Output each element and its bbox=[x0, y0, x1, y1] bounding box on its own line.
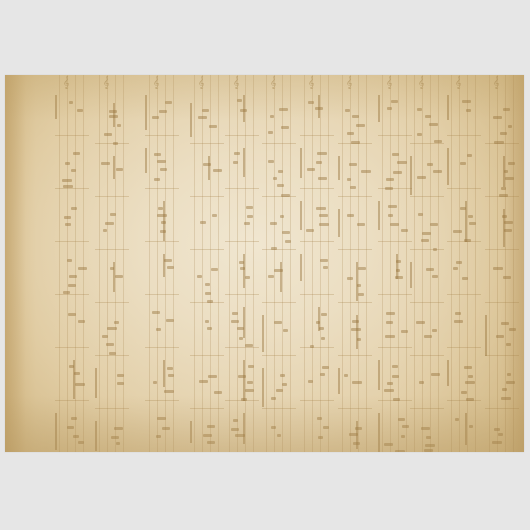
note-cluster bbox=[422, 232, 430, 235]
measure-line bbox=[378, 241, 412, 242]
measure-line bbox=[145, 241, 179, 242]
staff-guide-line bbox=[290, 75, 291, 452]
note-cluster bbox=[347, 132, 354, 135]
note-cluster bbox=[75, 383, 85, 386]
measure-line bbox=[338, 355, 372, 356]
note-cluster bbox=[384, 389, 393, 392]
note-cluster bbox=[111, 436, 119, 439]
note-cluster bbox=[358, 267, 365, 270]
treble-clef-icon: 𝄞 bbox=[153, 77, 160, 88]
note-cluster bbox=[392, 365, 397, 368]
staff-guide-line bbox=[320, 75, 321, 452]
note-cluster bbox=[317, 417, 322, 420]
note-cluster bbox=[161, 221, 166, 224]
note-cluster bbox=[509, 328, 517, 331]
measure-line bbox=[300, 294, 334, 295]
note-cluster bbox=[393, 398, 400, 401]
note-cluster bbox=[357, 338, 361, 341]
note-cluster bbox=[205, 320, 209, 323]
staff-guide-line bbox=[475, 75, 476, 452]
system-brace bbox=[243, 360, 245, 401]
note-cluster bbox=[239, 261, 244, 264]
note-cluster bbox=[433, 248, 438, 251]
note-cluster bbox=[241, 398, 247, 401]
note-cluster bbox=[69, 101, 73, 104]
system-brace bbox=[95, 368, 97, 398]
note-cluster bbox=[113, 142, 118, 145]
measure-line bbox=[95, 302, 129, 303]
note-cluster bbox=[63, 185, 73, 188]
note-cluster bbox=[245, 344, 253, 347]
note-cluster bbox=[323, 426, 329, 429]
note-cluster bbox=[203, 163, 212, 166]
measure-line bbox=[300, 188, 334, 189]
system-brace bbox=[113, 156, 115, 179]
note-cluster bbox=[246, 206, 253, 209]
note-cluster bbox=[493, 116, 502, 119]
staff-guide-line bbox=[165, 75, 166, 452]
measure-line bbox=[338, 408, 372, 409]
note-cluster bbox=[237, 327, 244, 330]
measure-line bbox=[190, 249, 224, 250]
note-cluster bbox=[271, 247, 277, 250]
note-cluster bbox=[321, 313, 328, 316]
note-cluster bbox=[109, 352, 116, 355]
staff-guide-line bbox=[451, 75, 452, 452]
note-cluster bbox=[240, 109, 247, 112]
staff-guide-line bbox=[414, 75, 415, 452]
note-cluster bbox=[78, 441, 84, 444]
staff-guide-line bbox=[218, 75, 219, 452]
note-cluster bbox=[156, 328, 161, 331]
note-cluster bbox=[506, 381, 515, 384]
system-brace bbox=[378, 360, 380, 390]
measure-line bbox=[225, 347, 259, 348]
measure-line bbox=[410, 249, 444, 250]
note-cluster bbox=[421, 239, 429, 242]
music-column: 𝄞 bbox=[55, 75, 89, 452]
note-cluster bbox=[270, 115, 274, 118]
music-column: 𝄞 bbox=[447, 75, 481, 452]
music-column: 𝄞 bbox=[300, 75, 334, 452]
note-cluster bbox=[162, 427, 170, 430]
staff-guide-line bbox=[304, 75, 305, 452]
note-cluster bbox=[385, 335, 395, 338]
note-cluster bbox=[454, 320, 463, 323]
measure-line bbox=[338, 196, 372, 197]
note-cluster bbox=[424, 335, 432, 338]
note-cluster bbox=[308, 101, 314, 104]
music-column: 𝄞 bbox=[262, 75, 296, 452]
note-cluster bbox=[234, 152, 240, 155]
note-cluster bbox=[104, 133, 112, 136]
note-cluster bbox=[107, 327, 116, 330]
note-cluster bbox=[277, 434, 282, 437]
note-cluster bbox=[316, 161, 323, 164]
note-cluster bbox=[320, 373, 326, 376]
note-cluster bbox=[456, 261, 462, 264]
staff-guide-line bbox=[312, 75, 313, 452]
system-brace bbox=[163, 360, 165, 387]
system-brace bbox=[208, 156, 210, 180]
treble-clef-icon: 𝄞 bbox=[198, 77, 205, 88]
note-cluster bbox=[214, 391, 223, 394]
system-brace bbox=[262, 368, 264, 407]
note-cluster bbox=[280, 374, 284, 377]
note-cluster bbox=[388, 214, 393, 217]
staff-guide-line bbox=[282, 75, 283, 452]
note-cluster bbox=[116, 442, 120, 445]
system-brace bbox=[485, 315, 487, 356]
system-brace bbox=[410, 156, 412, 195]
note-cluster bbox=[462, 277, 468, 280]
note-cluster bbox=[208, 375, 217, 378]
sheet-music-paper: 𝄞𝄞𝄞𝄞𝄞𝄞𝄞𝄞𝄞𝄞𝄞𝄞 bbox=[5, 75, 524, 452]
measure-line bbox=[145, 188, 179, 189]
treble-clef-icon: 𝄞 bbox=[418, 77, 425, 88]
measure-line bbox=[190, 408, 224, 409]
system-brace bbox=[300, 148, 302, 178]
system-brace bbox=[190, 103, 192, 137]
note-cluster bbox=[240, 267, 245, 270]
system-brace bbox=[243, 254, 245, 288]
note-cluster bbox=[388, 205, 397, 208]
note-cluster bbox=[355, 427, 362, 430]
staff-guide-line bbox=[253, 75, 254, 452]
note-cluster bbox=[157, 160, 167, 163]
system-brace bbox=[262, 315, 264, 352]
staff-guide-line bbox=[210, 75, 211, 452]
staff-guide-line bbox=[342, 75, 343, 452]
note-cluster bbox=[315, 107, 323, 110]
treble-clef-icon: 𝄞 bbox=[386, 77, 393, 88]
note-cluster bbox=[203, 434, 213, 437]
note-cluster bbox=[167, 367, 173, 370]
note-cluster bbox=[248, 365, 254, 368]
music-column: 𝄞 bbox=[225, 75, 259, 452]
note-cluster bbox=[117, 374, 124, 377]
staff-guide-line bbox=[390, 75, 391, 452]
note-cluster bbox=[425, 115, 431, 118]
system-brace bbox=[396, 254, 398, 279]
measure-line bbox=[338, 249, 372, 250]
treble-clef-icon: 𝄞 bbox=[63, 77, 70, 88]
measure-line bbox=[410, 302, 444, 303]
system-brace bbox=[300, 201, 302, 230]
system-brace bbox=[280, 262, 282, 292]
measure-line bbox=[262, 355, 296, 356]
measure-line bbox=[225, 241, 259, 242]
note-cluster bbox=[465, 381, 475, 384]
staff-guide-line bbox=[422, 75, 423, 452]
note-cluster bbox=[77, 109, 83, 112]
note-cluster bbox=[386, 312, 394, 315]
note-cluster bbox=[197, 275, 202, 278]
note-cluster bbox=[417, 133, 422, 136]
note-cluster bbox=[429, 123, 438, 126]
note-cluster bbox=[244, 222, 250, 225]
note-cluster bbox=[164, 390, 174, 393]
note-cluster bbox=[280, 215, 284, 218]
note-cluster bbox=[68, 284, 76, 287]
note-cluster bbox=[402, 425, 409, 428]
staff-guide-line bbox=[173, 75, 174, 452]
note-cluster bbox=[504, 170, 508, 173]
note-cluster bbox=[508, 125, 512, 128]
note-cluster bbox=[233, 161, 238, 164]
note-cluster bbox=[349, 163, 357, 166]
note-cluster bbox=[455, 418, 459, 421]
note-cluster bbox=[106, 343, 114, 346]
note-cluster bbox=[317, 152, 326, 155]
staff-guide-line bbox=[194, 75, 195, 452]
note-cluster bbox=[160, 168, 166, 171]
note-cluster bbox=[166, 319, 173, 322]
staff-guide-line bbox=[274, 75, 275, 452]
measure-line bbox=[338, 302, 372, 303]
staff-guide-line bbox=[202, 75, 203, 452]
note-cluster bbox=[160, 230, 166, 233]
note-cluster bbox=[352, 381, 362, 384]
note-cluster bbox=[67, 426, 73, 429]
measure-line bbox=[225, 188, 259, 189]
note-cluster bbox=[207, 300, 214, 303]
note-cluster bbox=[67, 259, 71, 262]
measure-line bbox=[447, 188, 481, 189]
treble-clef-icon: 𝄞 bbox=[308, 77, 315, 88]
staff-guide-line bbox=[107, 75, 108, 452]
note-cluster bbox=[69, 275, 77, 278]
note-cluster bbox=[350, 186, 356, 189]
measure-line bbox=[145, 347, 179, 348]
note-cluster bbox=[271, 426, 277, 429]
note-cluster bbox=[396, 269, 401, 272]
note-cluster bbox=[318, 177, 327, 180]
note-cluster bbox=[154, 178, 159, 181]
note-cluster bbox=[323, 266, 328, 269]
note-cluster bbox=[494, 141, 504, 144]
note-cluster bbox=[464, 366, 472, 369]
note-cluster bbox=[398, 418, 405, 421]
note-cluster bbox=[157, 214, 166, 217]
note-cluster bbox=[503, 276, 511, 279]
note-cluster bbox=[271, 397, 277, 400]
note-cluster bbox=[426, 436, 431, 439]
note-cluster bbox=[152, 116, 159, 119]
note-cluster bbox=[501, 322, 509, 325]
staff-guide-line bbox=[237, 75, 238, 452]
note-cluster bbox=[500, 132, 507, 135]
staff-guide-line bbox=[99, 75, 100, 452]
note-cluster bbox=[453, 230, 462, 233]
note-cluster bbox=[344, 374, 348, 377]
note-cluster bbox=[274, 269, 284, 272]
note-cluster bbox=[62, 179, 72, 182]
note-cluster bbox=[361, 170, 371, 173]
note-cluster bbox=[211, 268, 218, 271]
note-cluster bbox=[417, 176, 427, 179]
note-cluster bbox=[464, 239, 472, 242]
note-cluster bbox=[110, 213, 116, 216]
note-cluster bbox=[421, 427, 430, 430]
note-cluster bbox=[110, 267, 114, 270]
music-column: 𝄞 bbox=[338, 75, 372, 452]
measure-line bbox=[95, 196, 129, 197]
treble-clef-icon: 𝄞 bbox=[455, 77, 462, 88]
staff-guide-line bbox=[398, 75, 399, 452]
note-cluster bbox=[393, 171, 402, 174]
note-cluster bbox=[319, 223, 329, 226]
staff-guide-line bbox=[75, 75, 76, 452]
note-cluster bbox=[424, 449, 433, 452]
note-cluster bbox=[386, 321, 393, 324]
measure-line bbox=[145, 135, 179, 136]
note-cluster bbox=[455, 312, 461, 315]
note-cluster bbox=[268, 160, 273, 163]
note-cluster bbox=[316, 321, 321, 324]
system-brace bbox=[447, 95, 449, 120]
treble-clef-icon: 𝄞 bbox=[493, 77, 500, 88]
measure-line bbox=[262, 196, 296, 197]
note-cluster bbox=[387, 107, 392, 110]
measure-line bbox=[447, 294, 481, 295]
note-cluster bbox=[273, 177, 278, 180]
measure-line bbox=[485, 408, 519, 409]
measure-line bbox=[485, 302, 519, 303]
staff-guide-line bbox=[489, 75, 490, 452]
note-cluster bbox=[356, 124, 366, 127]
staff-guide-line bbox=[157, 75, 158, 452]
staff-guide-line bbox=[266, 75, 267, 452]
treble-clef-icon: 𝄞 bbox=[233, 77, 240, 88]
system-brace bbox=[163, 254, 165, 277]
note-cluster bbox=[74, 372, 80, 375]
note-cluster bbox=[503, 108, 510, 111]
treble-clef-icon: 𝄞 bbox=[270, 77, 277, 88]
note-cluster bbox=[351, 328, 361, 331]
note-cluster bbox=[153, 381, 158, 384]
note-cluster bbox=[418, 213, 423, 216]
system-brace bbox=[465, 413, 467, 445]
measure-line bbox=[300, 347, 334, 348]
note-cluster bbox=[462, 100, 471, 103]
note-cluster bbox=[506, 343, 512, 346]
note-cluster bbox=[277, 184, 284, 187]
measure-line bbox=[95, 408, 129, 409]
note-cluster bbox=[310, 345, 315, 348]
measure-line bbox=[55, 347, 89, 348]
note-cluster bbox=[431, 373, 441, 376]
measure-line bbox=[447, 347, 481, 348]
system-brace bbox=[55, 413, 57, 450]
note-cluster bbox=[199, 380, 208, 383]
note-cluster bbox=[430, 223, 438, 226]
note-cluster bbox=[499, 194, 508, 197]
note-cluster bbox=[213, 169, 222, 172]
note-cluster bbox=[349, 433, 358, 436]
staff-guide-line bbox=[358, 75, 359, 452]
note-cluster bbox=[501, 397, 510, 400]
staff-guide-line bbox=[513, 75, 514, 452]
note-cluster bbox=[154, 153, 161, 156]
staff-guide-line bbox=[438, 75, 439, 452]
measure-line bbox=[262, 249, 296, 250]
note-cluster bbox=[165, 101, 172, 104]
note-cluster bbox=[207, 425, 215, 428]
note-cluster bbox=[282, 231, 291, 234]
measure-line bbox=[410, 143, 444, 144]
note-cluster bbox=[392, 375, 400, 378]
note-cluster bbox=[417, 108, 422, 111]
note-cluster bbox=[63, 291, 70, 294]
measure-line bbox=[485, 249, 519, 250]
note-cluster bbox=[276, 389, 282, 392]
note-cluster bbox=[391, 100, 399, 103]
note-cluster bbox=[501, 187, 506, 190]
measure-line bbox=[262, 302, 296, 303]
note-cluster bbox=[387, 382, 393, 385]
note-cluster bbox=[233, 419, 238, 422]
note-cluster bbox=[401, 229, 408, 232]
note-cluster bbox=[105, 222, 114, 225]
note-cluster bbox=[505, 177, 514, 180]
system-brace bbox=[190, 421, 192, 443]
note-cluster bbox=[352, 115, 359, 118]
note-cluster bbox=[117, 124, 121, 127]
note-cluster bbox=[116, 168, 123, 171]
measure-line bbox=[225, 135, 259, 136]
note-cluster bbox=[232, 312, 238, 315]
note-cluster bbox=[198, 116, 207, 119]
note-cluster bbox=[231, 428, 239, 431]
measure-line bbox=[190, 355, 224, 356]
system-brace bbox=[243, 307, 245, 338]
note-cluster bbox=[386, 178, 394, 181]
measure-line bbox=[300, 400, 334, 401]
note-cluster bbox=[351, 141, 360, 144]
system-brace bbox=[378, 95, 380, 122]
note-cluster bbox=[247, 215, 253, 218]
note-cluster bbox=[502, 388, 508, 391]
note-cluster bbox=[466, 109, 471, 112]
note-cluster bbox=[504, 229, 512, 232]
measure-line bbox=[55, 400, 89, 401]
note-cluster bbox=[432, 275, 438, 278]
note-cluster bbox=[281, 194, 291, 197]
note-cluster bbox=[115, 275, 123, 278]
note-cluster bbox=[245, 389, 254, 392]
note-cluster bbox=[239, 337, 243, 340]
note-cluster bbox=[200, 221, 206, 224]
music-column: 𝄞 bbox=[485, 75, 519, 452]
staff-guide-line bbox=[59, 75, 60, 452]
note-cluster bbox=[460, 162, 466, 165]
note-cluster bbox=[401, 330, 408, 333]
system-brace bbox=[243, 148, 245, 177]
note-cluster bbox=[78, 320, 85, 323]
note-cluster bbox=[352, 320, 359, 323]
system-brace bbox=[338, 209, 340, 237]
note-cluster bbox=[461, 391, 467, 394]
note-cluster bbox=[468, 215, 473, 218]
note-cluster bbox=[279, 108, 288, 111]
staff-guide-line bbox=[366, 75, 367, 452]
note-cluster bbox=[65, 162, 70, 165]
note-cluster bbox=[494, 428, 501, 431]
staff-guide-line bbox=[149, 75, 150, 452]
measure-line bbox=[145, 294, 179, 295]
measure-line bbox=[225, 294, 259, 295]
